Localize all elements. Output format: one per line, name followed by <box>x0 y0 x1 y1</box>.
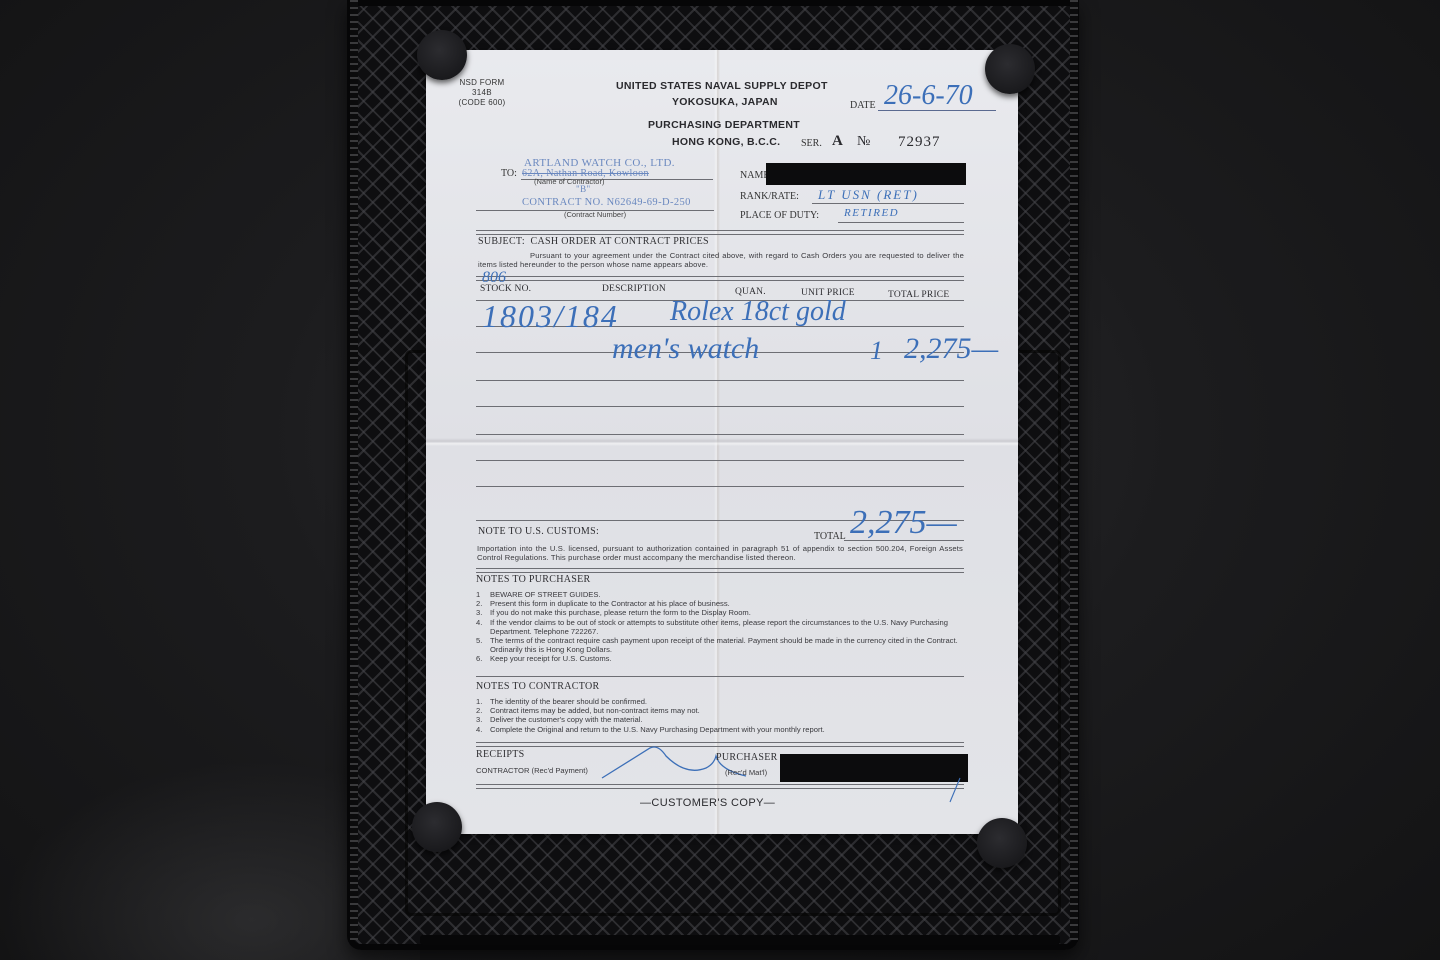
note-number: 4. <box>476 618 482 627</box>
purchaser-notes-list: 1BEWARE OF STREET GUIDES.2.Present this … <box>476 590 962 664</box>
magnet-pin-top-right <box>985 44 1035 94</box>
tray-base <box>420 935 1060 945</box>
note-item: 6.Keep your receipt for U.S. Customs. <box>476 654 962 663</box>
customs-body: Importation into the U.S. licensed, purs… <box>477 544 963 562</box>
note-item: 1BEWARE OF STREET GUIDES. <box>476 590 962 599</box>
note-number: 5. <box>476 636 482 645</box>
note-item: 2.Present this form in duplicate to the … <box>476 599 962 608</box>
form-code-line: NSD FORM 314B <box>452 78 512 98</box>
customers-copy-label: —CUSTOMER'S COPY— <box>640 797 775 809</box>
note-text: Complete the Original and return to the … <box>490 725 825 734</box>
name-redaction <box>766 163 966 185</box>
contractor-notes-title: NOTES TO CONTRACTOR <box>476 681 600 692</box>
tray-rim-left <box>350 0 358 940</box>
purchaser-receipt-caption: (Rec'd Mat'l) <box>725 768 767 777</box>
magnet-pin-bottom-right <box>977 818 1027 868</box>
note-item: 3.Deliver the customer's copy with the m… <box>476 715 962 724</box>
contract-number-caption: (Contract Number) <box>564 210 626 219</box>
total-label: TOTAL <box>814 531 846 542</box>
header-depot: UNITED STATES NAVAL SUPPLY DEPOT <box>616 80 828 92</box>
to-label: TO: <box>501 168 517 179</box>
header-location: YOKOSUKA, JAPAN <box>672 96 778 108</box>
ser-letter: A <box>832 133 843 150</box>
note-item: 4.If the vendor claims to be out of stoc… <box>476 618 962 636</box>
note-number: 2. <box>476 599 482 608</box>
rank-value: LT USN (RET) <box>818 187 919 203</box>
col-total-price: TOTAL PRICE <box>888 290 949 300</box>
note-item: 1.The identity of the bearer should be c… <box>476 697 962 706</box>
duty-label: PLACE OF DUTY: <box>740 210 819 221</box>
item-stock-no: 1803/184 <box>482 298 619 335</box>
receipts-title: RECEIPTS <box>476 749 525 760</box>
contract-number: CONTRACT NO. N62649-69-D-250 <box>522 197 691 208</box>
total-value: 2,275— <box>850 504 957 542</box>
col-description: DESCRIPTION <box>602 284 666 294</box>
form-code-sub: (CODE 600) <box>452 98 512 108</box>
note-text: Deliver the customer's copy with the mat… <box>490 715 643 724</box>
tray-rim-right <box>1070 0 1078 940</box>
customs-title: NOTE TO U.S. CUSTOMS: <box>478 526 599 537</box>
form-code: NSD FORM 314B (CODE 600) <box>452 78 512 108</box>
note-text: BEWARE OF STREET GUIDES. <box>490 590 601 599</box>
contractor-name-caption: (Name of Contractor) <box>534 177 604 186</box>
note-text: Present this form in duplicate to the Co… <box>490 599 730 608</box>
date-value: 26-6-70 <box>884 80 973 112</box>
note-item: 5.The terms of the contract require cash… <box>476 636 962 654</box>
subject-label-text: SUBJECT: <box>478 236 525 247</box>
note-number: 3. <box>476 715 482 724</box>
purchaser-receipt-label: PURCHASER <box>716 752 778 763</box>
item-description: Rolex 18ct gold <box>670 296 846 328</box>
note-number: 6. <box>476 654 482 663</box>
purchaser-notes-title: NOTES TO PURCHASER <box>476 574 591 585</box>
duty-value: RETIRED <box>844 207 899 219</box>
contractor-receipt-label: CONTRACTOR (Rec'd Payment) <box>476 766 588 775</box>
note-item: 4.Complete the Original and return to th… <box>476 725 962 734</box>
contractor-grade: "B" <box>576 184 591 194</box>
note-number: 3. <box>476 608 482 617</box>
contractor-notes-list: 1.The identity of the bearer should be c… <box>476 697 962 734</box>
note-item: 3.If you do not make this purchase, plea… <box>476 608 962 617</box>
rank-label: RANK/RATE: <box>740 191 799 202</box>
serial-number: 72937 <box>898 134 941 151</box>
magnet-pin-top-left <box>417 30 467 80</box>
header-city: HONG KONG, B.C.C. <box>672 136 780 148</box>
col-stock-no: STOCK NO. <box>480 284 531 294</box>
item-total-price: 2,275— <box>904 332 998 366</box>
note-number: 2. <box>476 706 482 715</box>
item-quantity: 1 <box>870 336 883 366</box>
note-number: 4. <box>476 725 482 734</box>
subject-label: SUBJECT: CASH ORDER AT CONTRACT PRICES <box>478 236 709 247</box>
signature-tick <box>946 776 966 806</box>
ser-label: SER. <box>801 138 822 149</box>
date-label: DATE <box>850 100 876 111</box>
note-text: Keep your receipt for U.S. Customs. <box>490 654 612 663</box>
subject-title: CASH ORDER AT CONTRACT PRICES <box>531 236 709 247</box>
note-text: If you do not make this purchase, please… <box>490 608 751 617</box>
magnet-pin-bottom-left <box>412 802 462 852</box>
subject-body: Pursuant to your agreement under the Con… <box>478 251 964 269</box>
note-item: 2.Contract items may be added, but non-c… <box>476 706 962 715</box>
note-text: The identity of the bearer should be con… <box>490 697 647 706</box>
number-symbol: № <box>857 134 870 150</box>
purchaser-redaction <box>780 754 968 782</box>
cash-order-form: NSD FORM 314B (CODE 600) UNITED STATES N… <box>426 50 1018 834</box>
item-description: men's watch <box>612 332 759 366</box>
note-text: If the vendor claims to be out of stock … <box>490 618 948 636</box>
header-department: PURCHASING DEPARTMENT <box>648 119 800 131</box>
note-number: 1 <box>476 590 480 599</box>
note-text: Contract items may be added, but non-con… <box>490 706 700 715</box>
horizontal-fold <box>426 438 1018 446</box>
note-number: 1. <box>476 697 482 706</box>
note-text: The terms of the contract require cash p… <box>490 636 958 654</box>
